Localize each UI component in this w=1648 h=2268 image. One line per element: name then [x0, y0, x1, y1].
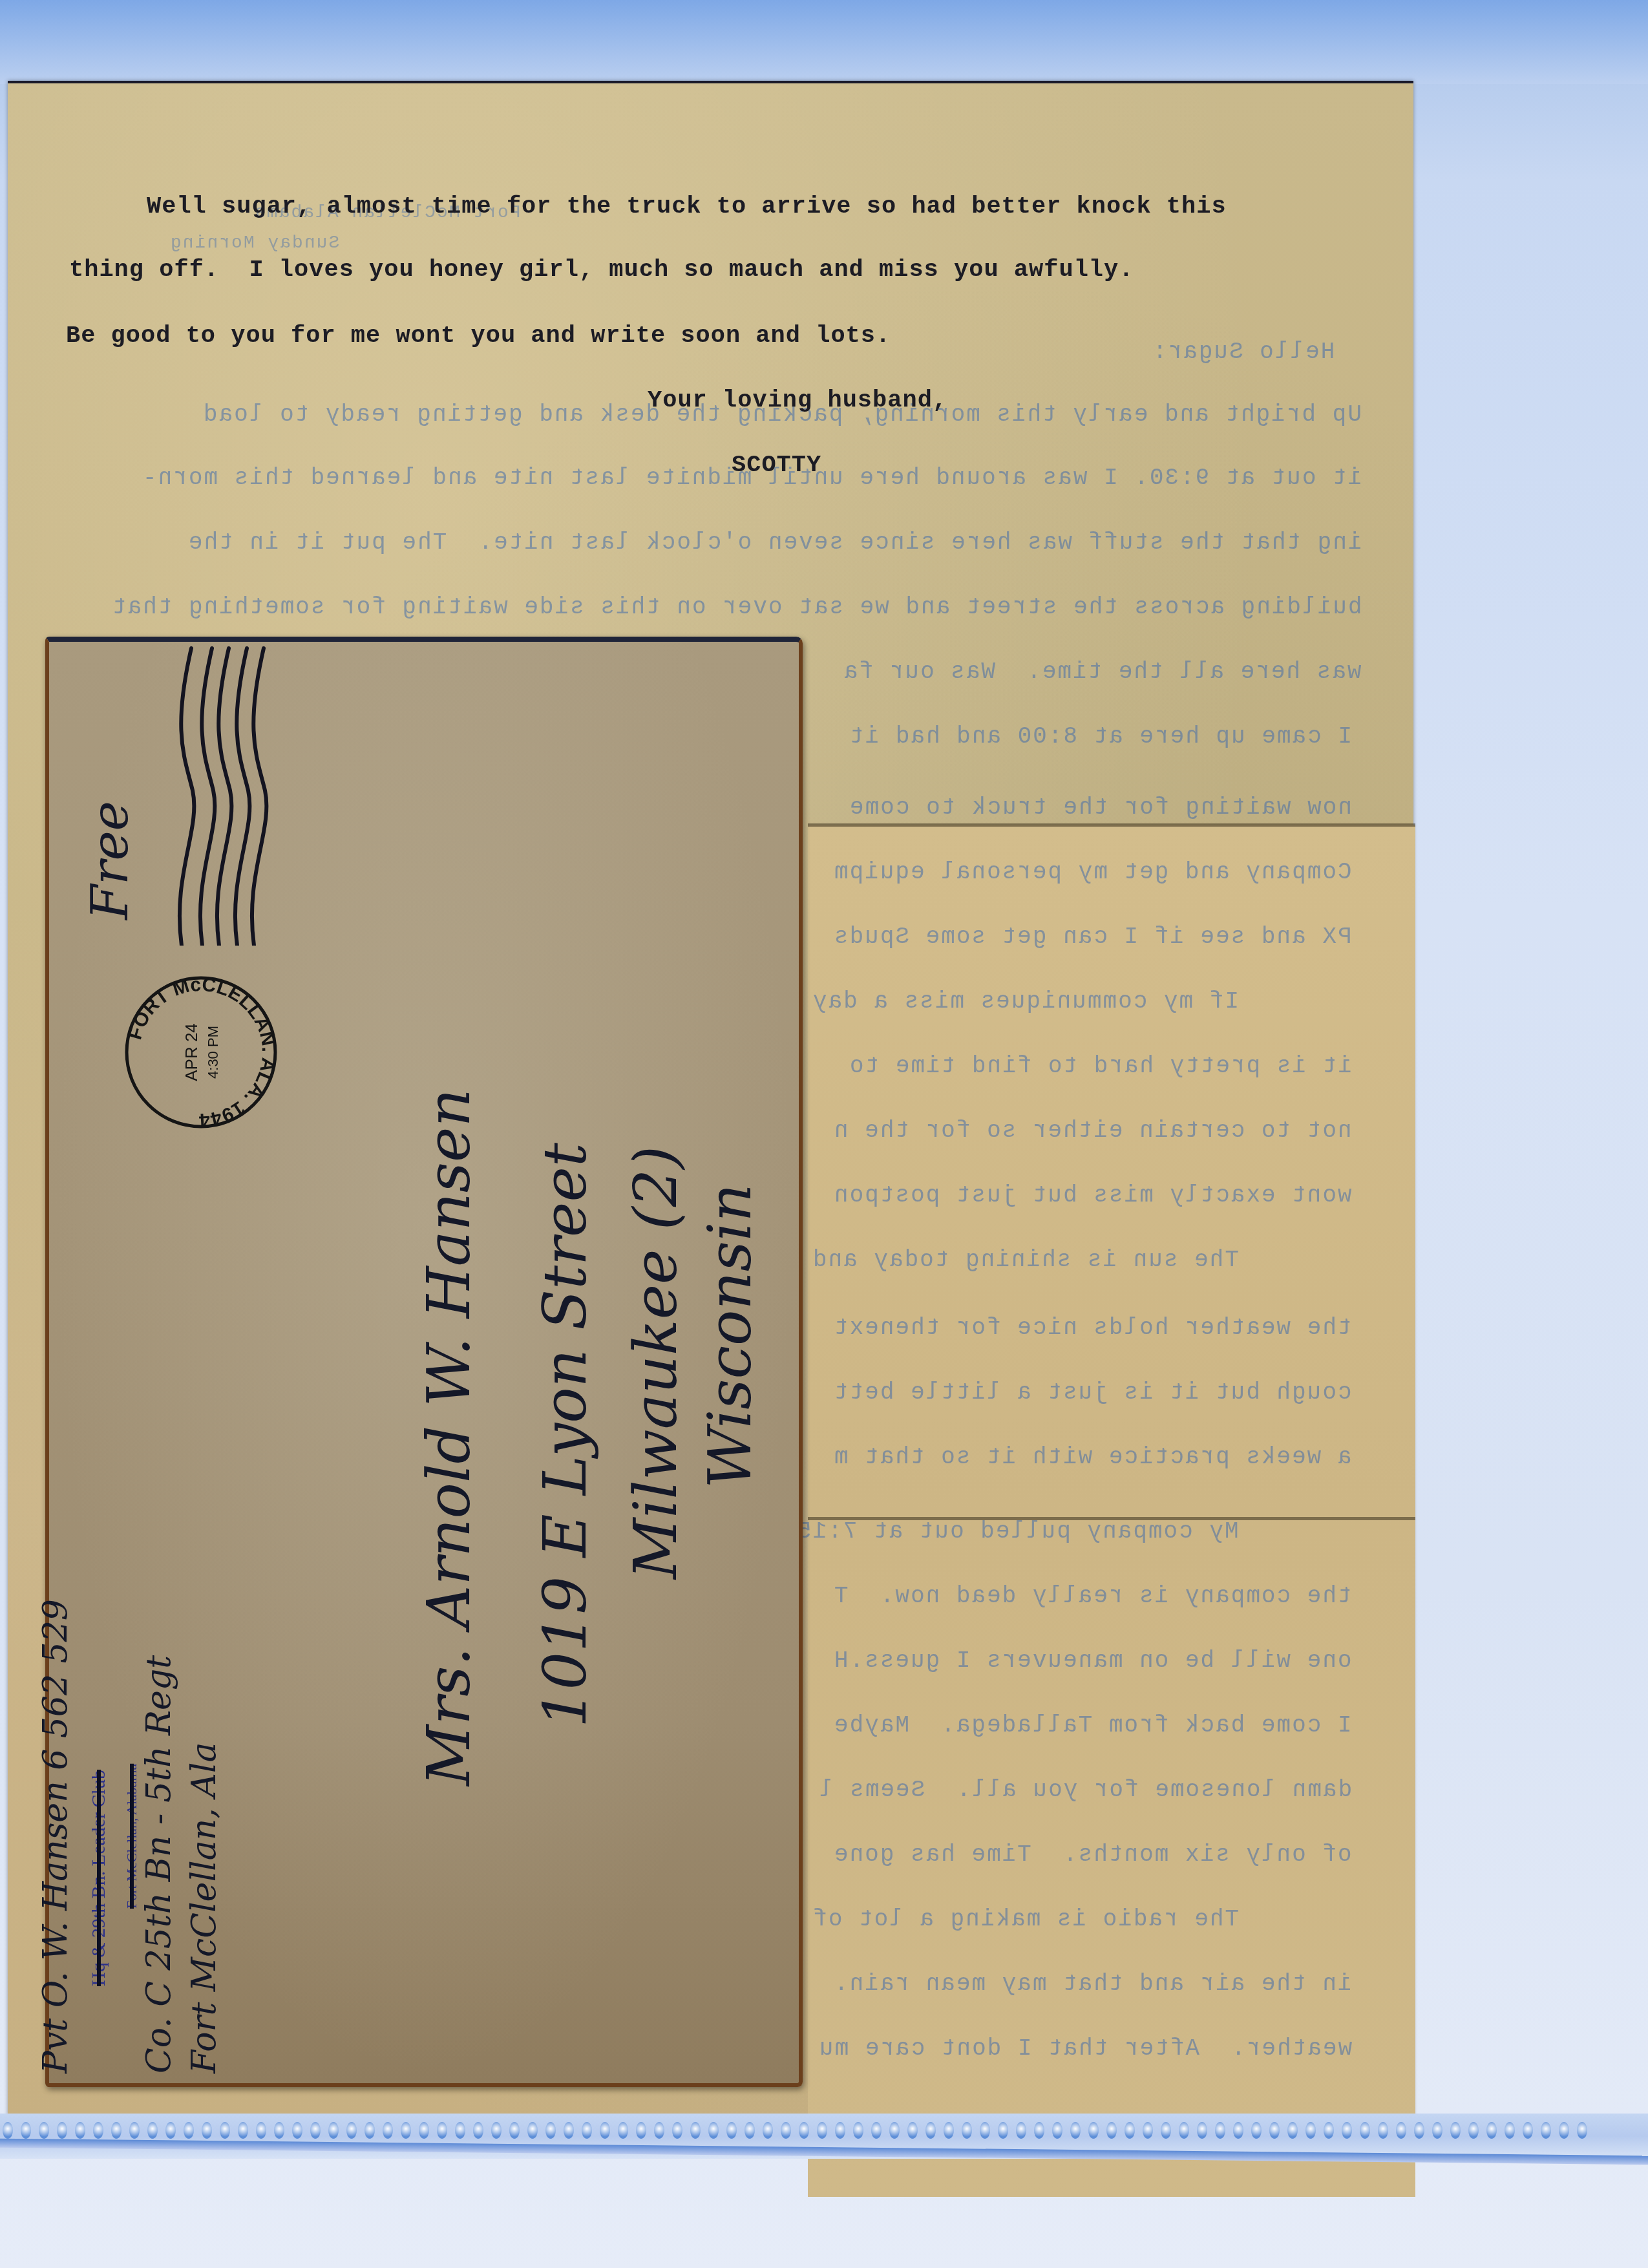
perforation-hole: [690, 2122, 701, 2139]
bleed-through-line: The sun is shining today and: [812, 1247, 1239, 1273]
bleed-through-line: My company pulled out at 7:15: [796, 1518, 1239, 1545]
perforation-hole: [147, 2122, 158, 2139]
perforation-hole: [401, 2122, 411, 2139]
perforation-hole: [1088, 2122, 1099, 2139]
perforation-hole: [889, 2122, 900, 2139]
perforation-hole: [274, 2122, 284, 2139]
perforation-hole: [491, 2122, 502, 2139]
perforation-hole: [39, 2122, 49, 2139]
perforation-hole: [527, 2122, 538, 2139]
svg-text:APR 24: APR 24: [182, 1023, 201, 1081]
perforation-hole: [545, 2122, 556, 2139]
perforation-hole: [672, 2122, 682, 2139]
perforation-hole: [437, 2122, 447, 2139]
perforation-hole: [1161, 2122, 1171, 2139]
bleed-through-line: one will be on maneuvers I guess.H: [833, 1648, 1352, 1674]
perforation-hole: [1360, 2122, 1370, 2139]
bleed-through-line: cough but it is just a little bett: [833, 1379, 1352, 1406]
free-frank: Free: [81, 801, 140, 920]
signoff: Your loving husband,: [648, 387, 947, 414]
bleed-through-line: a weeks practice with it so that m: [833, 1444, 1352, 1470]
perforation-hole: [1541, 2122, 1551, 2139]
closing-line: thing off. I loves you honey girl, much …: [69, 257, 1134, 284]
sleeve-perforations: [0, 2122, 1648, 2141]
bleed-through-line: If my communiques miss a day: [812, 988, 1239, 1015]
perforation-hole: [1215, 2122, 1225, 2139]
perforation-hole: [980, 2122, 990, 2139]
bleed-through-line: Company and get my personal equipm: [833, 859, 1352, 885]
bleed-through-line: The radio is making a lot of n: [781, 1906, 1239, 1933]
closing-line: Be good to you for me wont you and write…: [66, 323, 891, 350]
perforation-hole: [184, 2122, 194, 2139]
bleed-through-line: not to certain either so for the n: [833, 1118, 1352, 1144]
recipient-street: 1019 E Lyon Street: [531, 1143, 600, 1728]
signature: SCOTTY: [732, 452, 821, 479]
perforation-hole: [383, 2122, 393, 2139]
perforation-hole: [75, 2122, 85, 2139]
perforation-hole: [1016, 2122, 1026, 2139]
perforation-hole: [600, 2122, 610, 2139]
bleed-through-line: weather. After that I dont care mu: [818, 2035, 1352, 2062]
perforation-hole: [310, 2122, 321, 2139]
perforation-hole: [57, 2122, 67, 2139]
closing-line: Well sugar, almost time for the truck to…: [147, 193, 1227, 220]
svg-text:4:30 PM: 4:30 PM: [205, 1026, 221, 1079]
perforation-hole: [1523, 2122, 1533, 2139]
perforation-hole: [654, 2122, 664, 2139]
perforation-hole: [564, 2122, 574, 2139]
perforation-hole: [129, 2122, 140, 2139]
bleed-through-line: PX and see if I can get some Spuds: [833, 924, 1352, 950]
perforation-hole: [3, 2122, 13, 2139]
perforation-hole: [1342, 2122, 1352, 2139]
recipient-state: Wisconsin: [695, 1183, 765, 1489]
svg-text:FORT McCLELLAN. ALA. 1944: FORT McCLELLAN. ALA. 1944: [124, 974, 279, 1131]
fold-crease: [808, 823, 1415, 827]
perforation-hole: [455, 2122, 465, 2139]
perforation-hole: [835, 2122, 845, 2139]
perforation-hole: [111, 2122, 121, 2139]
perforation-hole: [925, 2122, 936, 2139]
perforation-hole: [1486, 2122, 1497, 2139]
perforation-hole: [220, 2122, 230, 2139]
perforation-hole: [256, 2122, 266, 2139]
perforation-hole: [1106, 2122, 1117, 2139]
bleed-through-line: was here all the time. Was our fa: [843, 659, 1362, 685]
bleed-salutation: Hello Sugar:: [1152, 339, 1335, 365]
perforation-hole: [346, 2122, 357, 2139]
perforation-hole: [1378, 2122, 1388, 2139]
perforation-hole: [1305, 2122, 1316, 2139]
perforation-hole: [962, 2122, 972, 2139]
recipient-name: Mrs. Arnold W. Hansen: [414, 1088, 483, 1786]
perforation-hole: [1287, 2122, 1298, 2139]
bleed-through-line: the company is really dead now. T: [833, 1583, 1352, 1609]
perforation-hole: [202, 2122, 212, 2139]
bleed-through-line: wont exactly miss but just postpon: [833, 1182, 1352, 1209]
return-address-line: Fort McClellan, Ala: [185, 1743, 224, 2073]
perforation-hole: [1233, 2122, 1243, 2139]
perforation-hole: [93, 2122, 103, 2139]
perforation-hole: [998, 2122, 1008, 2139]
perforation-hole: [1432, 2122, 1442, 2139]
bleed-heading-line: Sunday Morning: [169, 233, 339, 253]
perforation-hole: [364, 2122, 375, 2139]
bleed-through-line: building across the street and we sat ov…: [111, 594, 1362, 620]
perforation-hole: [165, 2122, 176, 2139]
perforation-hole: [419, 2122, 429, 2139]
perforation-hole: [944, 2122, 954, 2139]
perforation-hole: [1179, 2122, 1189, 2139]
perforation-hole: [1577, 2122, 1587, 2139]
perforation-hole: [1052, 2122, 1062, 2139]
recipient-city: Milwaukee (2): [621, 1146, 690, 1579]
perforation-hole: [238, 2122, 248, 2139]
perforation-hole: [1559, 2122, 1569, 2139]
perforation-hole: [618, 2122, 628, 2139]
perforation-hole: [907, 2122, 918, 2139]
perforation-hole: [763, 2122, 773, 2139]
perforation-hole: [781, 2122, 791, 2139]
cancellation-wavy-lines-icon: [120, 642, 269, 946]
perforation-hole: [853, 2122, 863, 2139]
perforation-hole: [1450, 2122, 1461, 2139]
perforation-hole: [328, 2122, 339, 2139]
bleed-through-line: now waiting for the truck to come: [849, 794, 1352, 821]
bleed-through-line: the weather holds nice for thenext: [833, 1315, 1352, 1341]
bleed-through-line: I come back from Talladega. Maybe: [833, 1712, 1352, 1739]
perforation-hole: [817, 2122, 827, 2139]
bleed-through-line: in the air and that may mean rain.: [833, 1971, 1352, 1997]
return-address-line: Co. C 25th Bn - 5th Regt: [140, 1655, 178, 2073]
bleed-through-line: damn lonesome for you all. Seems l: [818, 1777, 1352, 1803]
scanner-background: [0, 0, 1648, 84]
bleed-through-line: I came up here at 8:00 and had it: [849, 723, 1352, 750]
perforation-hole: [1197, 2122, 1207, 2139]
perforation-hole: [1251, 2122, 1262, 2139]
return-address-stamp: Fort McClellan, Alabama: [123, 1764, 140, 1909]
bleed-through-line: ing that the stuff was here since seven …: [187, 529, 1362, 556]
perforation-hole: [1505, 2122, 1515, 2139]
perforation-hole: [473, 2122, 483, 2139]
perforation-hole: [708, 2122, 719, 2139]
perforation-hole: [1468, 2122, 1479, 2139]
perforation-hole: [799, 2122, 809, 2139]
perforation-hole: [1269, 2122, 1280, 2139]
perforation-hole: [871, 2122, 882, 2139]
return-address-line: Pvt O. W. Hansen 6 562 529: [36, 1599, 75, 2073]
perforation-hole: [582, 2122, 592, 2139]
perforation-hole: [1414, 2122, 1424, 2139]
perforation-hole: [745, 2122, 755, 2139]
bleed-through-line: of only six months. Time has gone: [833, 1841, 1352, 1868]
envelope: Free FORT McCLELLAN. ALA. 1944 APR 24 4:…: [45, 637, 803, 2087]
perforation-hole: [292, 2122, 302, 2139]
perforation-hole: [21, 2122, 31, 2139]
perforation-hole: [1125, 2122, 1135, 2139]
perforation-hole: [1034, 2122, 1044, 2139]
postmark-stamp: FORT McCLELLAN. ALA. 1944 APR 24 4:30 PM: [120, 971, 282, 1133]
bleed-through-line: it is pretty hard to find time to: [849, 1053, 1352, 1079]
perforation-hole: [509, 2122, 520, 2139]
perforation-hole: [726, 2122, 737, 2139]
perforation-hole: [1396, 2122, 1406, 2139]
return-address-stamp: Hq & 29th Bn. Leader Club: [88, 1770, 110, 1986]
perforation-hole: [1143, 2122, 1153, 2139]
perforation-hole: [1070, 2122, 1081, 2139]
perforation-hole: [636, 2122, 646, 2139]
perforation-hole: [1324, 2122, 1334, 2139]
